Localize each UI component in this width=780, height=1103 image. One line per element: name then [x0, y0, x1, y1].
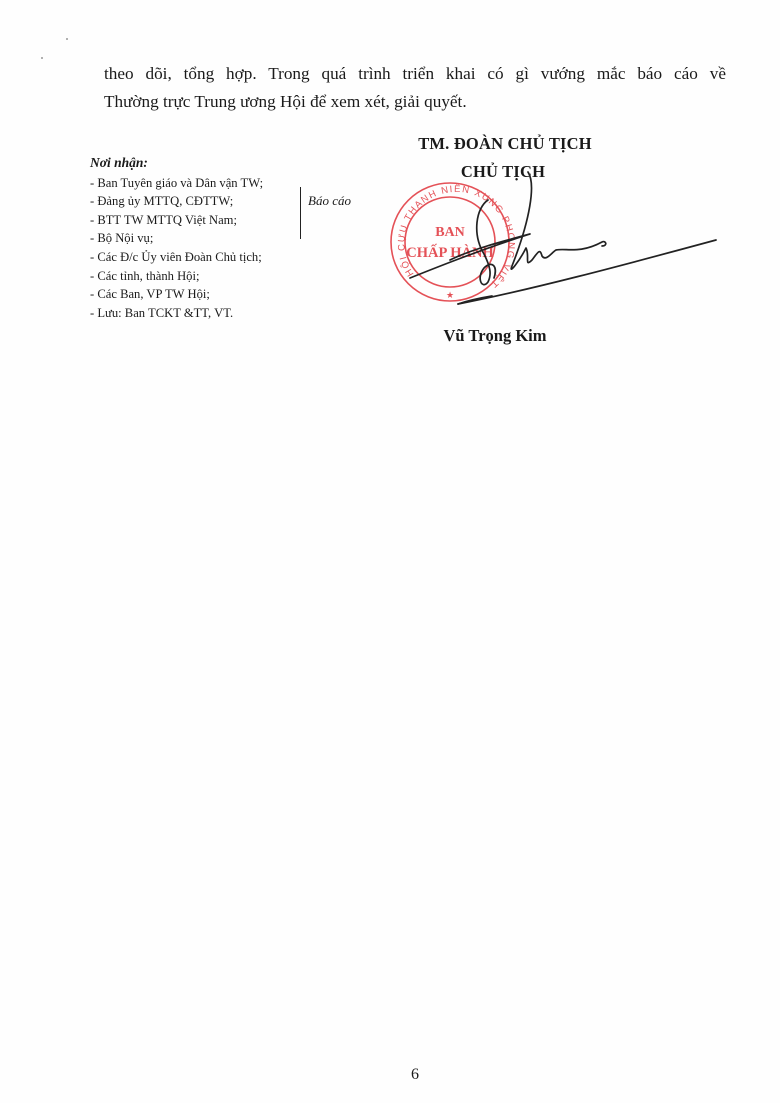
svg-text:CHẤP HÀNH: CHẤP HÀNH	[406, 244, 494, 261]
recipient-item: - BTT TW MTTQ Việt Nam;	[90, 211, 263, 230]
recipient-item: - Đảng ủy MTTQ, CĐTTW;	[90, 192, 263, 211]
recipient-item: - Các Đ/c Ủy viên Đoàn Chủ tịch;	[90, 248, 263, 267]
signature-title-line-1: TM. ĐOÀN CHỦ TỊCH	[380, 134, 630, 154]
recipient-item: - Các Ban, VP TW Hội;	[90, 285, 263, 304]
document-page: theo dõi, tổng hợp. Trong quá trình triể…	[0, 0, 780, 1103]
recipients-block: Nơi nhận: - Ban Tuyên giáo và Dân vận TW…	[90, 154, 263, 322]
page-number: 6	[0, 1066, 780, 1084]
body-paragraph: theo dõi, tổng hợp. Trong quá trình triể…	[104, 60, 726, 116]
stamp-and-signature: HỘI CỰU THANH NIÊN XUNG PHONG VIỆT NAM B…	[380, 170, 730, 320]
recipient-item: - Bộ Nội vụ;	[90, 229, 263, 248]
recipient-item: - Các tỉnh, thành Hội;	[90, 267, 263, 286]
scan-speck	[41, 57, 43, 59]
recipients-bracket-divider	[300, 187, 301, 239]
svg-text:★: ★	[446, 291, 454, 301]
body-paragraph-line-1: theo dõi, tổng hợp. Trong quá trình triể…	[104, 60, 726, 88]
scan-speck	[66, 38, 68, 40]
svg-text:BAN: BAN	[435, 225, 465, 240]
recipient-item: - Ban Tuyên giáo và Dân vận TW;	[90, 174, 263, 193]
official-stamp: HỘI CỰU THANH NIÊN XUNG PHONG VIỆT NAM B…	[380, 170, 517, 301]
body-paragraph-line-2: Thường trực Trung ương Hội để xem xét, g…	[104, 88, 726, 116]
recipient-item: - Lưu: Ban TCKT &TT, VT.	[90, 304, 263, 323]
recipients-bracket-note: Báo cáo	[308, 193, 351, 209]
recipients-heading: Nơi nhận:	[90, 154, 263, 173]
signer-name: Vũ Trọng Kim	[380, 326, 610, 346]
